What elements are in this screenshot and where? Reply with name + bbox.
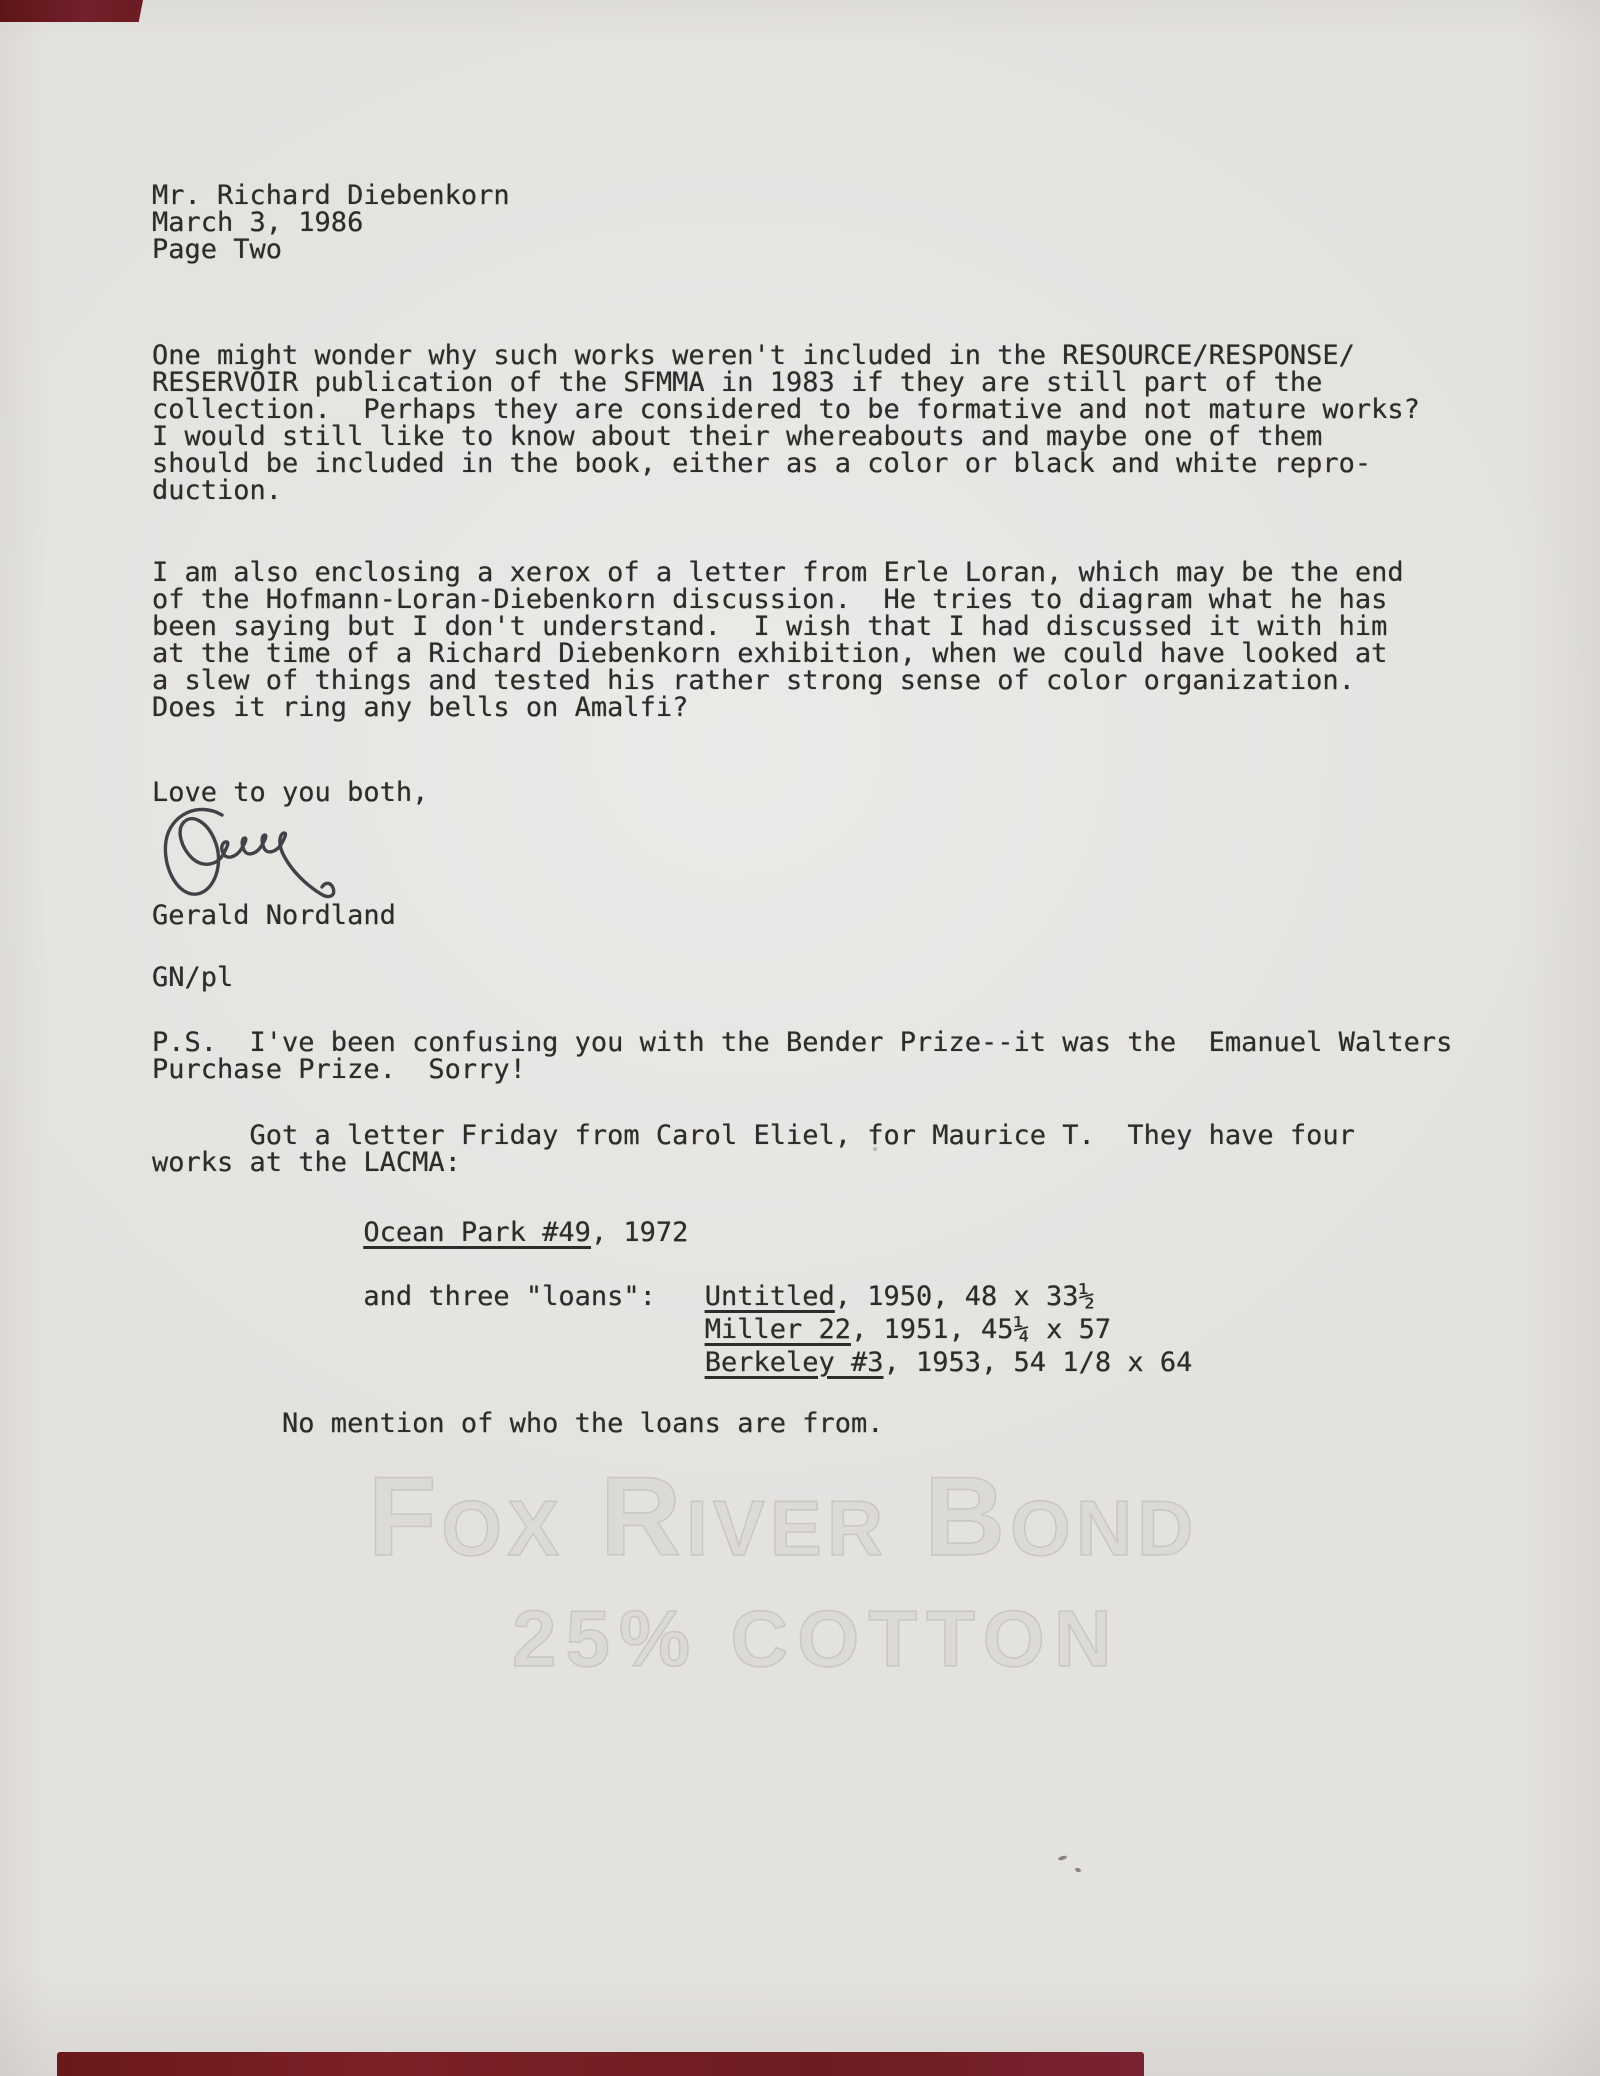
signed-name: Gerald Nordland (152, 902, 396, 929)
postscript-paragraph-2: Got a letter Friday from Carol Eliel, fo… (152, 1122, 1355, 1176)
paper-watermark-brand: Fox River Bond (368, 1452, 1199, 1581)
work-detail: , 1951, 45¼ x 57 (851, 1314, 1111, 1345)
work-title-untitled: Untitled (705, 1281, 835, 1312)
scanned-letter-page: { "colors": { "paper": "#e4e2df", "ink":… (0, 0, 1600, 2076)
scan-speck (1074, 1867, 1081, 1873)
work-detail: , 1950, 48 x 33½ (835, 1281, 1095, 1312)
scan-speck (1058, 1855, 1068, 1861)
work-line-ocean-park: Ocean Park #49, 1972 (152, 1219, 688, 1246)
loan-works-list: and three "loans": Untitled, 1950, 48 x … (152, 1280, 1192, 1379)
postscript: P.S. I've been confusing you with the Be… (152, 1029, 1452, 1083)
work-title-berkeley-3: Berkeley #3 (705, 1347, 884, 1378)
work-detail: , 1953, 54 1/8 x 64 (884, 1347, 1193, 1378)
work-title-ocean-park: Ocean Park #49 (363, 1217, 591, 1248)
work-prefix (152, 1314, 705, 1345)
letter-header: Mr. Richard Diebenkorn March 3, 1986 Pag… (152, 182, 510, 263)
final-line: No mention of who the loans are from. (152, 1410, 884, 1437)
work-prefix: and three "loans": (152, 1281, 705, 1312)
body-paragraph-1: One might wonder why such works weren't … (152, 342, 1420, 504)
scan-artifact-top-bar (0, 0, 143, 22)
body-paragraph-2: I am also enclosing a xerox of a letter … (152, 559, 1404, 721)
work-title-miller-22: Miller 22 (705, 1314, 851, 1345)
work-detail: , 1972 (591, 1217, 689, 1248)
handwritten-signature (158, 799, 388, 914)
work-prefix (152, 1217, 363, 1248)
typist-reference-initials: GN/pl (152, 964, 233, 991)
work-prefix (152, 1347, 705, 1378)
scan-artifact-bottom-bar (57, 2052, 1144, 2076)
paper-watermark-cotton: 25% COTTON (512, 1593, 1121, 1685)
